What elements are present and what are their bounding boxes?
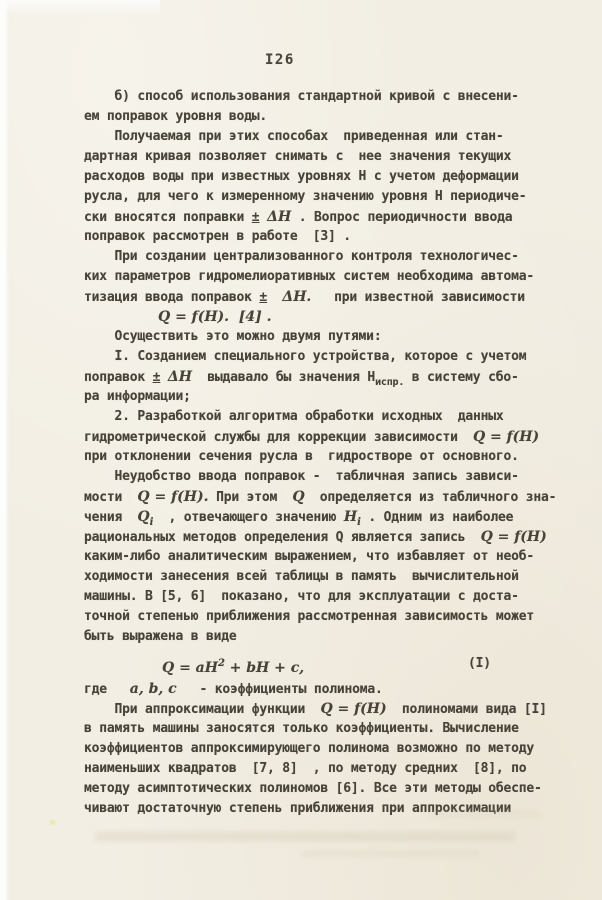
handwritten-formula: ΔH: [267, 209, 291, 225]
text-segment: При этом: [208, 490, 292, 505]
text-segment: ходимости занесения всей таблицы в памят…: [84, 569, 519, 584]
text-segment: в память машины заносятся только коэффиц…: [84, 721, 519, 736]
text-segment: при известной зависимости: [311, 290, 525, 305]
text-line: I. Созданием специального устройства, ко…: [84, 347, 556, 367]
text-line: машины. В [5, 6] показано, что для экспл…: [84, 587, 556, 607]
text-segment: выдавало бы значения Н: [192, 370, 375, 385]
text-line: чения Qi , отвечающего значению Hi . Одн…: [84, 507, 556, 527]
text-segment: чения: [84, 510, 137, 525]
text-segment: дартная кривая позволяет снимать с нее з…: [84, 149, 511, 164]
handwritten-formula: Q = f(H): [481, 529, 547, 545]
text-segment: ра информации;: [84, 389, 191, 404]
text-line: точной степенью приближения рассмотренна…: [84, 607, 556, 627]
text-line: при отклонении сечения русла в гидроство…: [84, 447, 556, 467]
page-number: I26: [265, 52, 295, 68]
text-segment: расходов воды при известных уровнях Н с …: [84, 169, 519, 184]
handwritten-formula: ΔH: [168, 369, 192, 385]
text-segment: . Одним из наиболее: [361, 510, 514, 525]
text-line: Получаемая при этих способах приведенная…: [84, 127, 556, 147]
text-segment: рациональных методов определения Q являе…: [84, 530, 481, 545]
handwritten-formula: Q = aH: [162, 660, 218, 676]
handwritten-formula: 2: [218, 658, 225, 669]
text-segment: , отвечающего значению: [153, 510, 344, 525]
text-line: русла, для чего к измеренному значению у…: [84, 187, 556, 207]
text-line: гидрометрической службы для коррекции за…: [84, 427, 556, 447]
scan-edge-left: [0, 0, 9, 900]
page-text: б) способ использования стандартной крив…: [84, 87, 556, 819]
text-segment: тизация ввода поправок: [84, 290, 259, 305]
text-line: поправок рассмотрен в работе [3] .: [84, 227, 556, 247]
text-segment: - коэффициенты полинома.: [177, 682, 383, 697]
text-segment: [160, 370, 168, 385]
bleed-through-smudge: [300, 850, 480, 857]
handwritten-formula: a, b, c: [130, 681, 177, 697]
text-segment: коэффициентов аппроксимирующего полинома…: [84, 741, 534, 756]
handwritten-formula: Q = f(H).: [137, 489, 208, 505]
text-segment: ±: [259, 290, 267, 305]
text-line: методу асимптотических полиномов [6]. Вс…: [84, 779, 556, 799]
text-line: 2. Разработкой алгоритма обработки исход…: [84, 407, 556, 427]
equation-number: (I): [468, 654, 491, 674]
handwritten-formula: Q: [137, 509, 149, 525]
text-segment: При создании централизованного контроля …: [84, 249, 519, 264]
text-segment: I. Созданием специального устройства, ко…: [84, 349, 526, 364]
text-line: каким-либо аналитическим выражением, что…: [84, 547, 556, 567]
text-segment: 2. Разработкой алгоритма обработки исход…: [84, 409, 503, 424]
text-line: дартная кривая позволяет снимать с нее з…: [84, 147, 556, 167]
text-line: поправок ± ΔH выдавало бы значения Ниспр…: [84, 367, 556, 387]
text-segment: При аппроксимации функции: [84, 702, 320, 717]
text-segment: быть выражена в виде: [84, 629, 237, 644]
handwritten-formula: Q = f(H): [320, 701, 386, 717]
text-line: ких параметров гидромелиоративных систем…: [84, 267, 556, 287]
text-line: б) способ использования стандартной крив…: [84, 87, 556, 107]
bleed-through-smudge: [95, 832, 515, 841]
formula-line: Q = aH2 + bH + c,(I): [84, 654, 556, 674]
text-segment: где: [84, 682, 130, 697]
text-line: При создании централизованного контроля …: [84, 247, 556, 267]
text-line: тизация ввода поправок ± ΔH. при известн…: [84, 287, 556, 307]
text-line: быть выражена в виде: [84, 627, 556, 647]
text-segment: при отклонении сечения русла в гидроство…: [84, 449, 519, 464]
handwritten-formula: Q: [292, 489, 304, 505]
handwritten-formula: Q = f(H): [473, 429, 539, 445]
handwritten-formula: Q = f(H). [4] .: [158, 309, 272, 325]
text-segment: полиномами вида [I]: [387, 702, 547, 717]
bleed-through-smudge: [430, 810, 540, 818]
scan-edge-top: [0, 0, 160, 16]
paper-speck: [50, 820, 55, 824]
text-line: ходимости занесения всей таблицы в памят…: [84, 567, 556, 587]
text-segment: Неудобство ввода поправок - табличная за…: [84, 469, 519, 484]
text-segment: машины. В [5, 6] показано, что для экспл…: [84, 589, 519, 604]
text-segment: ски вносятся поправки: [84, 210, 252, 225]
text-segment: методу асимптотических полиномов [6]. Вс…: [84, 781, 542, 796]
text-segment: наименьших квадратов [7, 8] , по методу …: [84, 761, 526, 776]
text-segment: мости: [84, 490, 137, 505]
text-line: мости Q = f(H). При этом Q определяется …: [84, 487, 556, 507]
text-line: ем поправок уровня воды.: [84, 107, 556, 127]
text-segment: в систему сбо-: [404, 370, 518, 385]
handwritten-formula: H: [344, 509, 357, 525]
text-line: в память машины заносятся только коэффиц…: [84, 719, 556, 739]
document-page: I26 б) способ использования стандартной …: [0, 0, 602, 900]
text-segment: определяется из табличного зна-: [305, 490, 557, 505]
formula-line: Q = f(H). [4] .: [84, 307, 556, 327]
text-segment: точной степенью приближения рассмотренна…: [84, 609, 534, 624]
text-line: ра информации;: [84, 387, 556, 407]
text-line: ски вносятся поправки ± ΔH . Вопрос пери…: [84, 207, 556, 227]
text-line: расходов воды при известных уровнях Н с …: [84, 167, 556, 187]
text-line: где a, b, c - коэффициенты полинома.: [84, 679, 556, 699]
text-segment: [259, 210, 267, 225]
text-line: коэффициентов аппроксимирующего полинома…: [84, 739, 556, 759]
text-segment: ем поправок уровня воды.: [84, 109, 267, 124]
text-segment: б) способ использования стандартной крив…: [84, 89, 519, 104]
text-line: Осуществить это можно двумя путями:: [84, 327, 556, 347]
text-segment: Получаемая при этих способах приведенная…: [84, 129, 503, 144]
text-line: Неудобство ввода поправок - табличная за…: [84, 467, 556, 487]
text-segment: Осуществить это можно двумя путями:: [84, 329, 381, 344]
text-segment: [267, 290, 282, 305]
text-segment: ких параметров гидромелиоративных систем…: [84, 269, 534, 284]
text-segment: поправок рассмотрен в работе [3] .: [84, 229, 351, 244]
text-line: рациональных методов определения Q являе…: [84, 527, 556, 547]
text-segment: гидрометрической службы для коррекции за…: [84, 430, 473, 445]
text-segment: русла, для чего к измеренному значению у…: [84, 189, 526, 204]
handwritten-formula: ΔH.: [282, 289, 311, 305]
text-line: наименьших квадратов [7, 8] , по методу …: [84, 759, 556, 779]
handwritten-formula: + bH + c,: [225, 660, 304, 676]
text-segment: . Вопрос периодичности ввода: [291, 210, 512, 225]
text-segment: поправок: [84, 370, 153, 385]
text-segment: каким-либо аналитическим выражением, что…: [84, 549, 534, 564]
text-line: При аппроксимации функции Q = f(H) полин…: [84, 699, 556, 719]
